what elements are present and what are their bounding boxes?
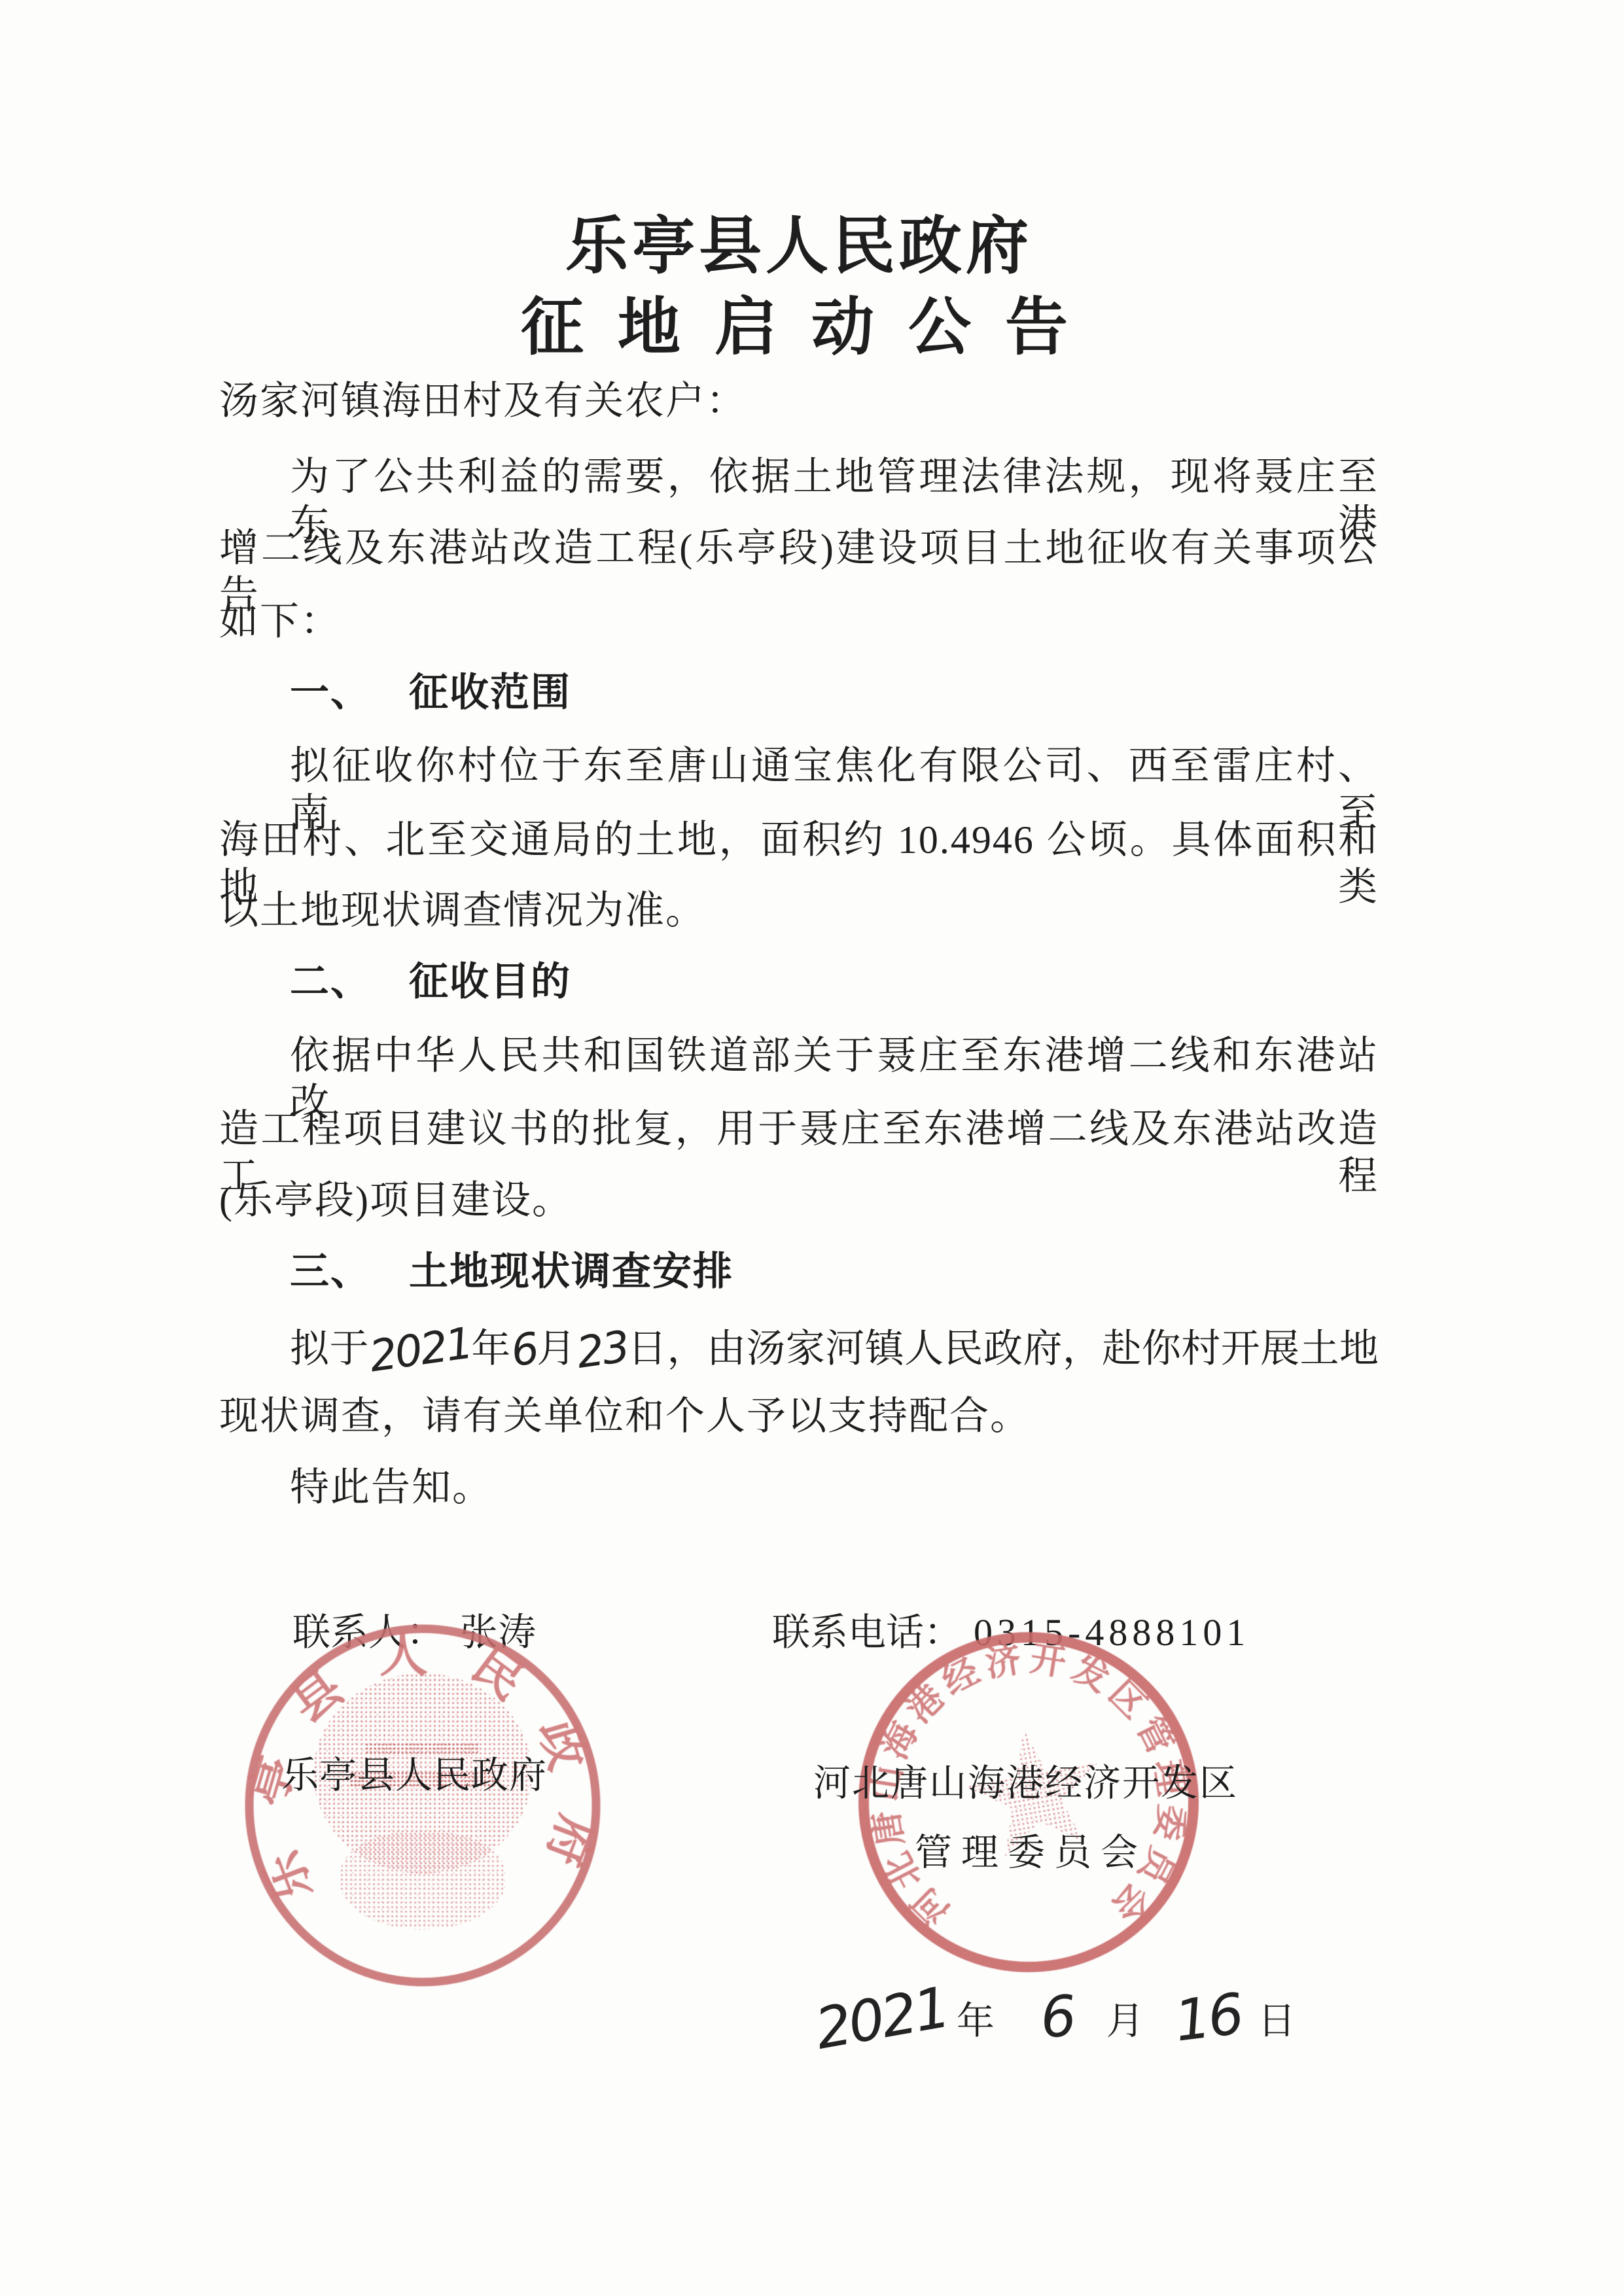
section-3-line-1: 拟于2021年6月23日，由汤家河镇人民政府，赴你村开展土地	[219, 1321, 1379, 1373]
section-1-title: 征收范围	[409, 671, 571, 714]
handwritten-date-day: 16	[1171, 1981, 1245, 2055]
page-title-line-1: 乐亭县人民政府	[219, 196, 1379, 286]
section-2-number: 二、	[290, 960, 371, 1003]
date-month-label: 月	[1106, 1990, 1144, 2045]
month-label: 月	[537, 1327, 576, 1370]
section-1-number: 一、	[290, 671, 371, 714]
handwritten-date-month: 6	[1038, 1983, 1076, 2051]
section-1-line-3: 以土地现状调查情况为准。	[219, 887, 1379, 934]
year-label: 年	[471, 1327, 511, 1370]
section-2-line-3: (乐亭段)项目建设。	[219, 1177, 1379, 1224]
national-emblem-base-icon	[340, 1832, 506, 1930]
right-seal-overlay-line-2: 管理委员会	[915, 1822, 1147, 1876]
handwritten-date-year: 2021	[811, 1975, 953, 2062]
section-3-title: 土地现状调查安排	[409, 1250, 733, 1293]
handwritten-day: 23	[573, 1321, 631, 1379]
section-2-heading: 二、征收目的	[219, 958, 1379, 1005]
left-seal-overlay-text: 乐亭县人民政府	[281, 1745, 547, 1799]
date-day-label: 日	[1258, 1990, 1296, 2045]
handwritten-year: 2021	[366, 1317, 474, 1382]
page-title-line-2: 征 地 启 动 公 告	[219, 277, 1379, 367]
closing-line: 特此告知。	[219, 1464, 1379, 1511]
day-label: 日，	[627, 1327, 707, 1370]
date-year-label: 年	[957, 1990, 995, 2045]
section-3-number: 三、	[290, 1250, 371, 1293]
section-3-line-2: 现状调查，请有关单位和个人予以支持配合。	[219, 1393, 1379, 1440]
intro-line-3: 如下：	[219, 598, 1379, 645]
schedule-rest: 由汤家河镇人民政府，赴你村开展土地	[707, 1327, 1379, 1370]
announcement-page: 乐亭县人民政府 征 地 启 动 公 告 汤家河镇海田村及有关农户： 为了公共利益…	[0, 0, 1624, 2296]
section-3-heading: 三、土地现状调查安排	[219, 1248, 1379, 1295]
right-seal-overlay-line-1: 河北唐山海港经济开发区	[813, 1753, 1238, 1807]
section-1-heading: 一、征收范围	[219, 669, 1379, 716]
section-2-title: 征收目的	[409, 960, 571, 1003]
handwritten-month: 6	[508, 1323, 540, 1378]
left-seal: 乐亭县人民政府	[243, 1624, 603, 1987]
signature-date-line: 2021 年 6 月 16 日	[815, 1982, 1296, 2047]
salutation: 汤家河镇海田村及有关农户：	[219, 377, 1379, 425]
schedule-prefix: 拟于	[290, 1327, 369, 1370]
